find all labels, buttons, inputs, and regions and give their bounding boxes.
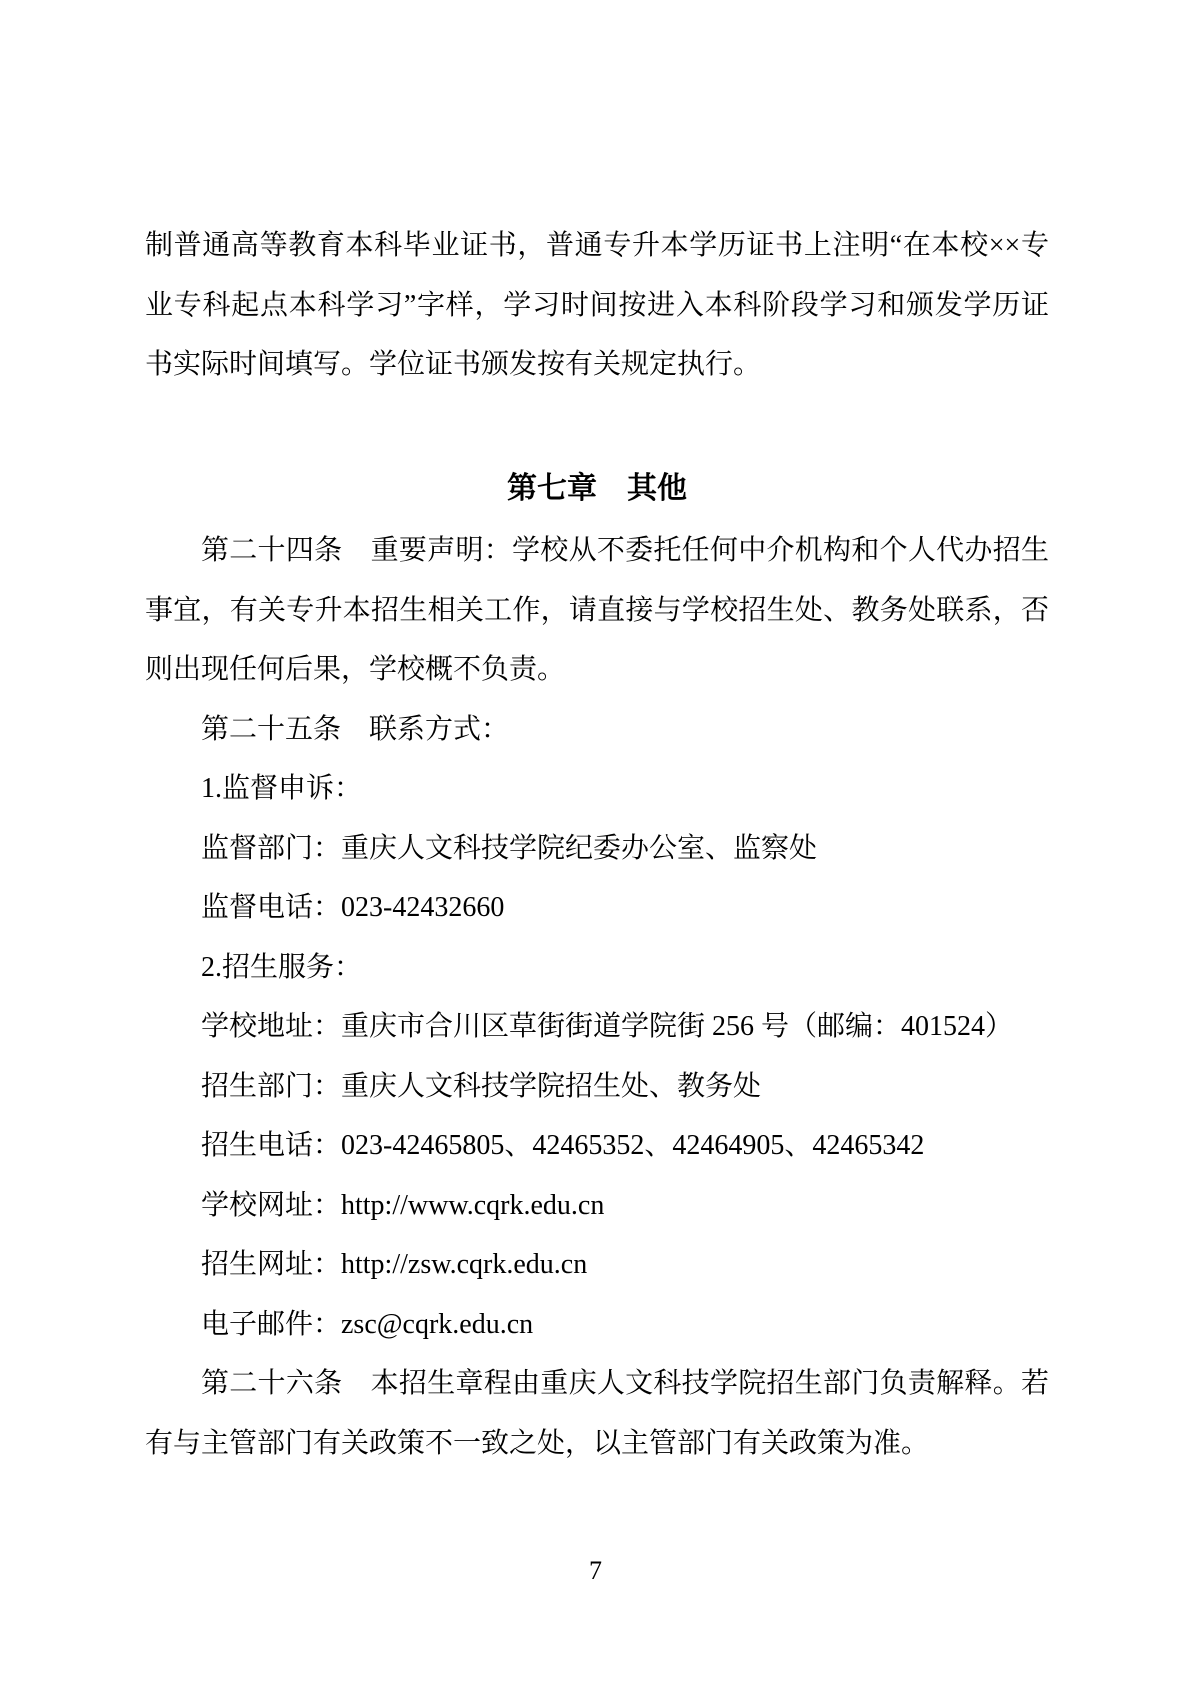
contact-school-website: 学校网址：http://www.cqrk.edu.cn	[145, 1176, 1049, 1236]
contact-admission-website: 招生网址：http://zsw.cqrk.edu.cn	[145, 1235, 1049, 1295]
document-page: 制普通高等教育本科毕业证书，普通专升本学历证书上注明“在本校××专业专科起点本科…	[0, 0, 1191, 1684]
contact-supervision-label: 1.监督申诉：	[145, 759, 1049, 819]
paragraph-certificate-info: 制普通高等教育本科毕业证书，普通专升本学历证书上注明“在本校××专业专科起点本科…	[145, 216, 1049, 395]
contact-admission-label: 2.招生服务：	[145, 938, 1049, 998]
contact-admission-department: 招生部门：重庆人文科技学院招生处、教务处	[145, 1057, 1049, 1117]
document-content: 制普通高等教育本科毕业证书，普通专升本学历证书上注明“在本校××专业专科起点本科…	[145, 216, 1049, 1473]
contact-admission-phone: 招生电话：023-42465805、42465352、42464905、4246…	[145, 1116, 1049, 1176]
contact-supervision-department: 监督部门：重庆人文科技学院纪委办公室、监察处	[145, 819, 1049, 879]
paragraph-article-24: 第二十四条 重要声明：学校从不委托任何中介机构和个人代办招生事宜，有关专升本招生…	[145, 521, 1049, 700]
paragraph-article-25: 第二十五条 联系方式：	[145, 700, 1049, 760]
paragraph-article-26: 第二十六条 本招生章程由重庆人文科技学院招生部门负责解释。若有与主管部门有关政策…	[145, 1354, 1049, 1473]
contact-school-address: 学校地址：重庆市合川区草街街道学院街 256 号（邮编：401524）	[145, 997, 1049, 1057]
contact-supervision-phone: 监督电话：023-42432660	[145, 878, 1049, 938]
contact-email: 电子邮件：zsc@cqrk.edu.cn	[145, 1295, 1049, 1355]
page-number: 7	[0, 1556, 1191, 1586]
chapter-heading: 第七章 其他	[145, 459, 1049, 519]
